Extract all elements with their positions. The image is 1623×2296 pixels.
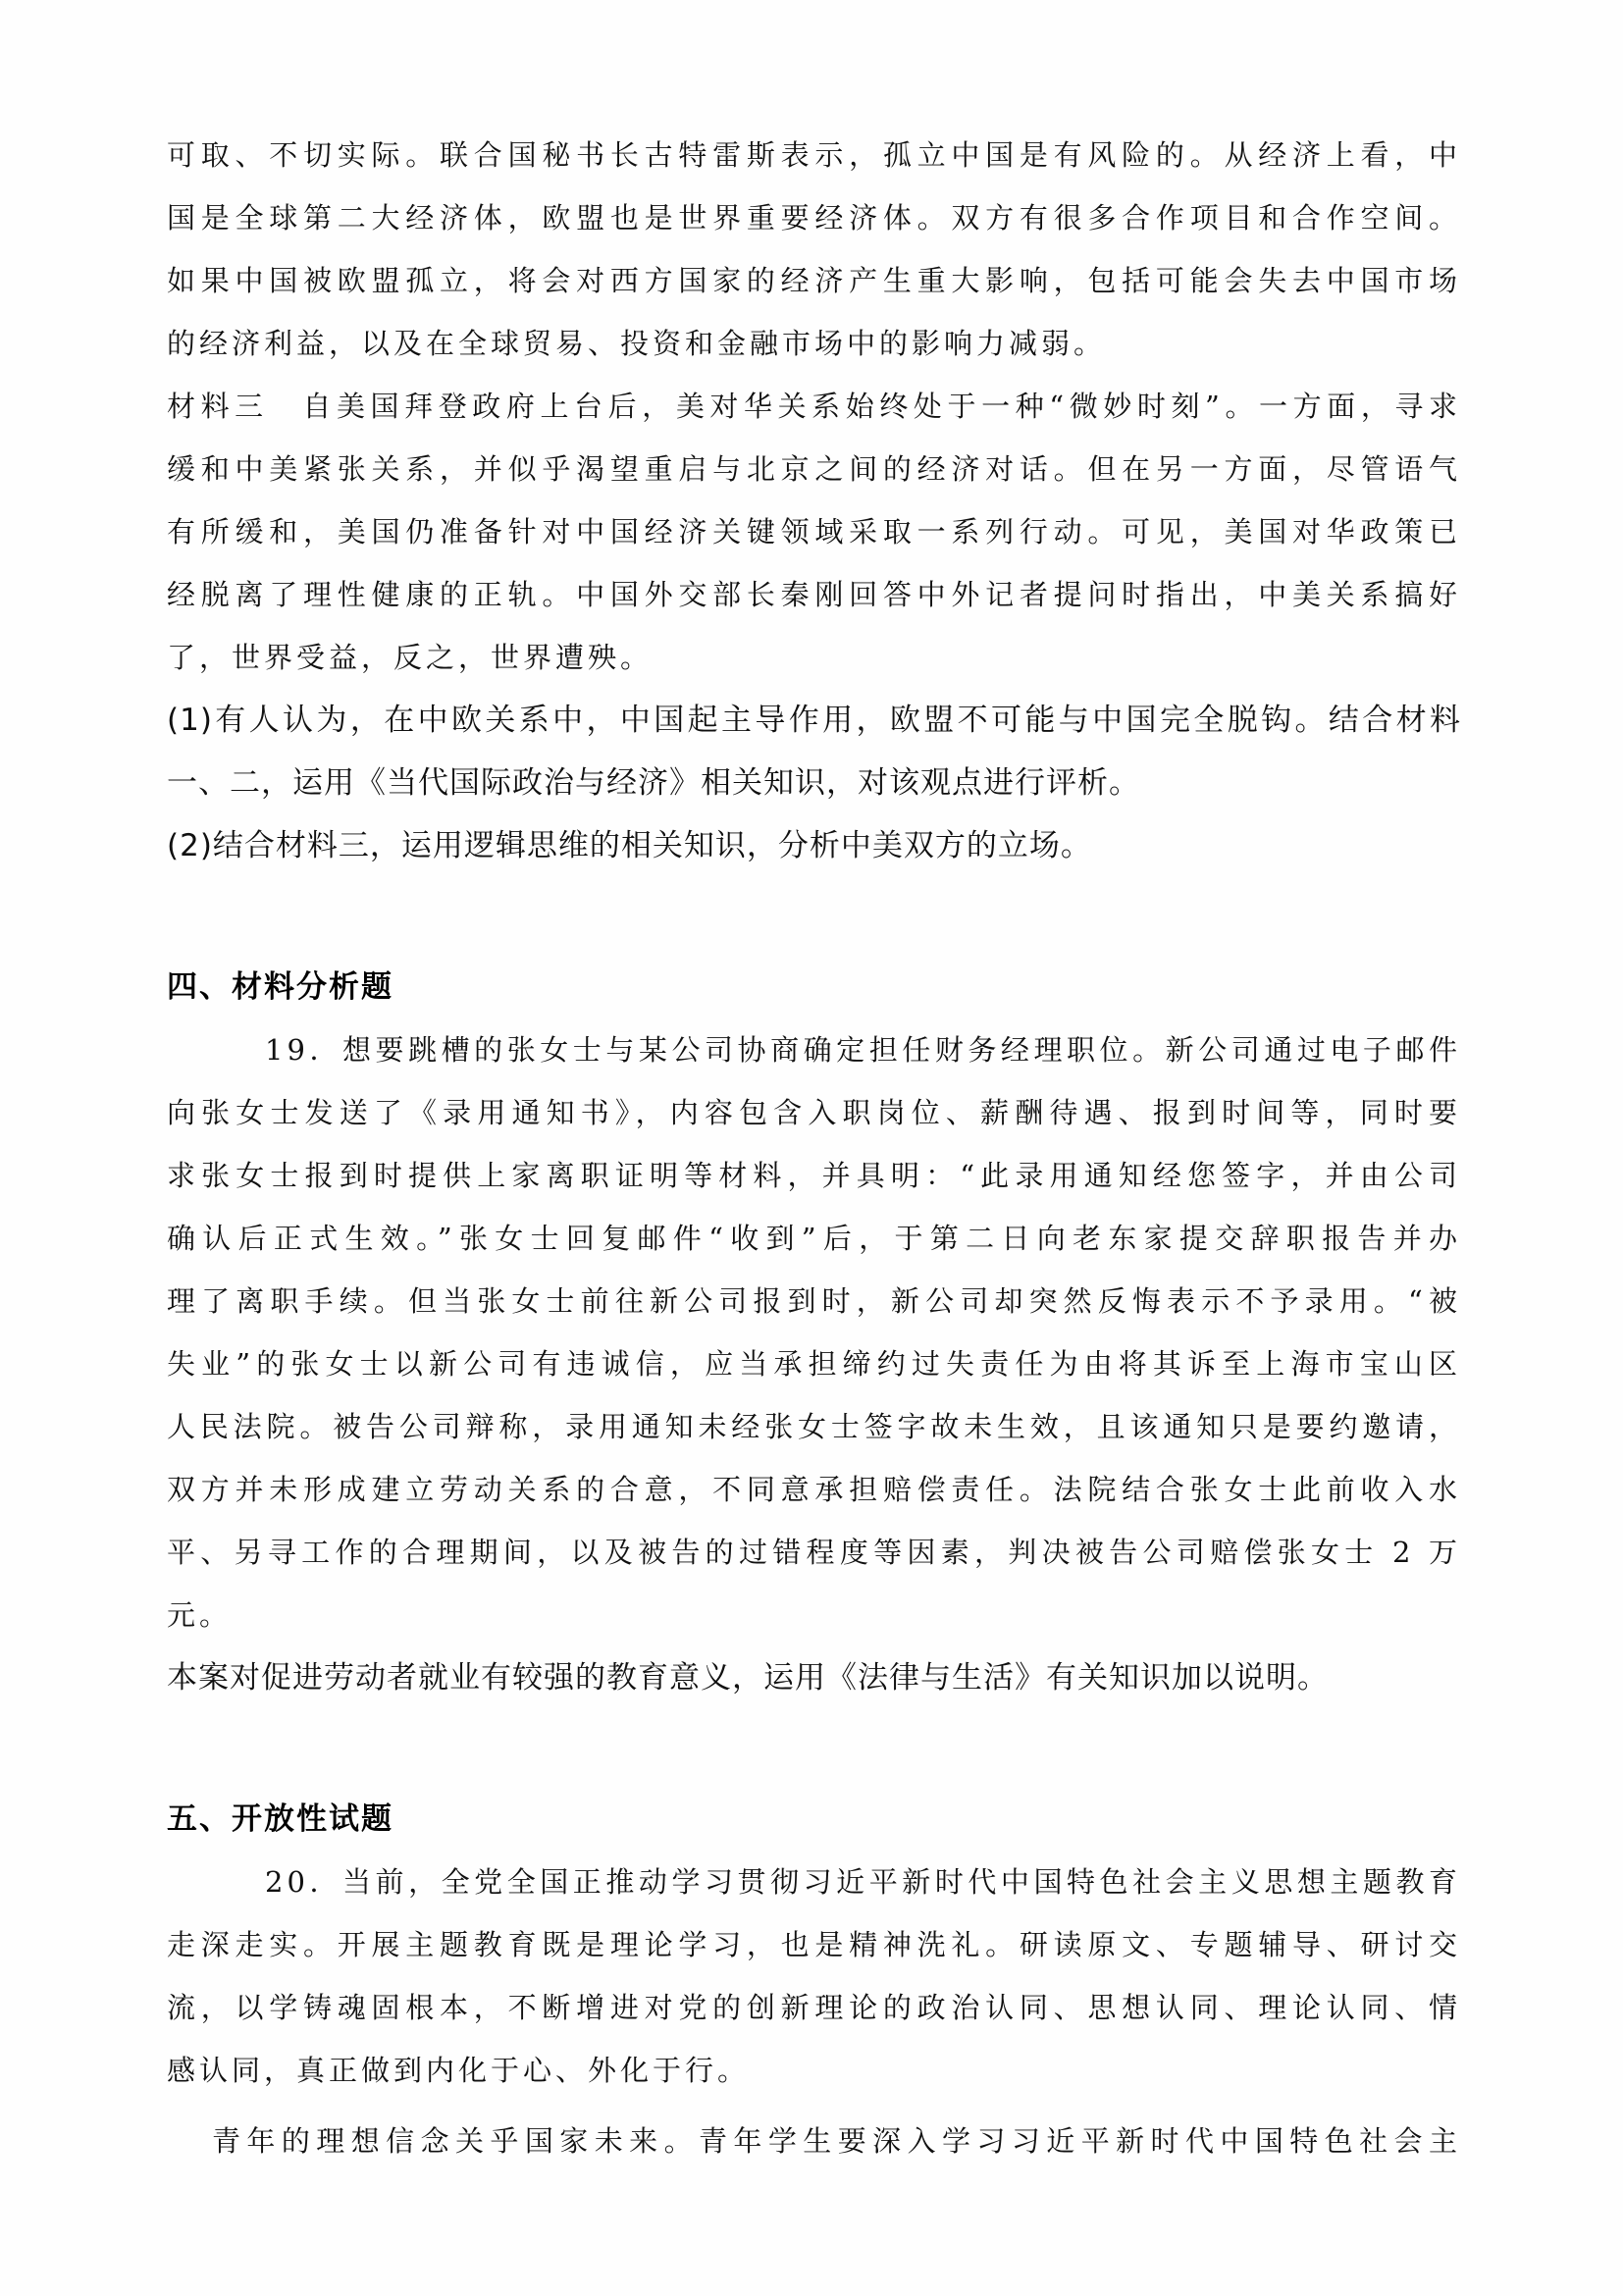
text-line: 确认后正式生效。”张女士回复邮件“收到”后，于第二日向老东家提交辞职报告并办 <box>167 1207 1461 1270</box>
text-line: 平、另寻工作的合理期间，以及被告的过错程度等因素，判决被告公司赔偿张女士 2 万 <box>167 1521 1461 1584</box>
text-line: 可取、不切实际。联合国秘书长古特雷斯表示，孤立中国是有风险的。从经济上看，中 <box>167 124 1461 186</box>
paragraph: 本案对促进劳动者就业有较强的教育意义，运用《法律与生活》有关知识加以说明。 <box>167 1646 1461 1709</box>
text-line: 20．当前，全党全国正推动学习贯彻习近平新时代中国特色社会主义思想主题教育 <box>167 1851 1461 1913</box>
text-line: 四、材料分析题 <box>167 956 1461 1018</box>
text-line: (1)有人认为，在中欧关系中，中国起主导作用，欧盟不可能与中国完全脱钩。结合材料 <box>167 689 1461 752</box>
document-content: 可取、不切实际。联合国秘书长古特雷斯表示，孤立中国是有风险的。从经济上看，中国是… <box>167 124 1461 2172</box>
paragraph: 材料三 自美国拜登政府上台后，美对华关系始终处于一种“微妙时刻”。一方面，寻求缓… <box>167 375 1461 689</box>
text-line: 19．想要跳槽的张女士与某公司协商确定担任财务经理职位。新公司通过电子邮件 <box>167 1018 1461 1081</box>
paragraph: 青年的理想信念关乎国家未来。青年学生要深入学习习近平新时代中国特色社会主 <box>167 2110 1461 2172</box>
text-line: 一、二，运用《当代国际政治与经济》相关知识，对该观点进行评析。 <box>167 752 1461 814</box>
text-line: 走深走实。开展主题教育既是理论学习，也是精神洗礼。研读原文、专题辅导、研讨交 <box>167 1913 1461 1976</box>
text-line: 理了离职手续。但当张女士前往新公司报到时，新公司却突然反悔表示不予录用。“被 <box>167 1270 1461 1332</box>
text-line: 了，世界受益，反之，世界遭殃。 <box>167 626 1461 689</box>
text-line: 向张女士发送了《录用通知书》，内容包含入职岗位、薪酬待遇、报到时间等，同时要 <box>167 1081 1461 1144</box>
text-line: 失业”的张女士以新公司有违诚信，应当承担缔约过失责任为由将其诉至上海市宝山区 <box>167 1332 1461 1395</box>
text-line: 经脱离了理性健康的正轨。中国外交部长秦刚回答中外记者提问时指出，中美关系搞好 <box>167 563 1461 626</box>
text-line: 本案对促进劳动者就业有较强的教育意义，运用《法律与生活》有关知识加以说明。 <box>167 1646 1461 1709</box>
text-line: 有所缓和，美国仍准备针对中国经济关键领域采取一系列行动。可见，美国对华政策已 <box>167 500 1461 563</box>
text-line: 五、开放性试题 <box>167 1788 1461 1851</box>
text-line: 材料三 自美国拜登政府上台后，美对华关系始终处于一种“微妙时刻”。一方面，寻求 <box>167 375 1461 438</box>
text-line: 缓和中美紧张关系，并似乎渴望重启与北京之间的经济对话。但在另一方面，尽管语气 <box>167 438 1461 500</box>
text-line: 流，以学铸魂固根本，不断增进对党的创新理论的政治认同、思想认同、理论认同、情 <box>167 1976 1461 2039</box>
text-line: 人民法院。被告公司辩称，录用通知未经张女士签字故未生效，且该通知只是要约邀请， <box>167 1395 1461 1458</box>
text-line: 感认同，真正做到内化于心、外化于行。 <box>167 2039 1461 2102</box>
section-heading: 五、开放性试题 <box>167 1788 1461 1851</box>
paragraph: 19．想要跳槽的张女士与某公司协商确定担任财务经理职位。新公司通过电子邮件向张女… <box>167 1018 1461 1646</box>
paragraph: (2)结合材料三，运用逻辑思维的相关知识，分析中美双方的立场。 <box>167 814 1461 877</box>
text-line: 青年的理想信念关乎国家未来。青年学生要深入学习习近平新时代中国特色社会主 <box>167 2110 1461 2172</box>
text-line: 国是全球第二大经济体，欧盟也是世界重要经济体。双方有很多合作项目和合作空间。 <box>167 186 1461 249</box>
paragraph: 20．当前，全党全国正推动学习贯彻习近平新时代中国特色社会主义思想主题教育走深走… <box>167 1851 1461 2102</box>
text-line: 双方并未形成建立劳动关系的合意，不同意承担赔偿责任。法院结合张女士此前收入水 <box>167 1458 1461 1521</box>
text-line: 求张女士报到时提供上家离职证明等材料，并具明：“此录用通知经您签字，并由公司 <box>167 1144 1461 1207</box>
text-line: 如果中国被欧盟孤立，将会对西方国家的经济产生重大影响，包括可能会失去中国市场 <box>167 249 1461 312</box>
paragraph: 可取、不切实际。联合国秘书长古特雷斯表示，孤立中国是有风险的。从经济上看，中国是… <box>167 124 1461 375</box>
section-heading: 四、材料分析题 <box>167 956 1461 1018</box>
text-line: 的经济利益，以及在全球贸易、投资和金融市场中的影响力减弱。 <box>167 312 1461 375</box>
document-page: 可取、不切实际。联合国秘书长古特雷斯表示，孤立中国是有风险的。从经济上看，中国是… <box>0 0 1623 2296</box>
text-line: 元。 <box>167 1584 1461 1646</box>
paragraph: (1)有人认为，在中欧关系中，中国起主导作用，欧盟不可能与中国完全脱钩。结合材料… <box>167 689 1461 814</box>
text-line: (2)结合材料三，运用逻辑思维的相关知识，分析中美双方的立场。 <box>167 814 1461 877</box>
